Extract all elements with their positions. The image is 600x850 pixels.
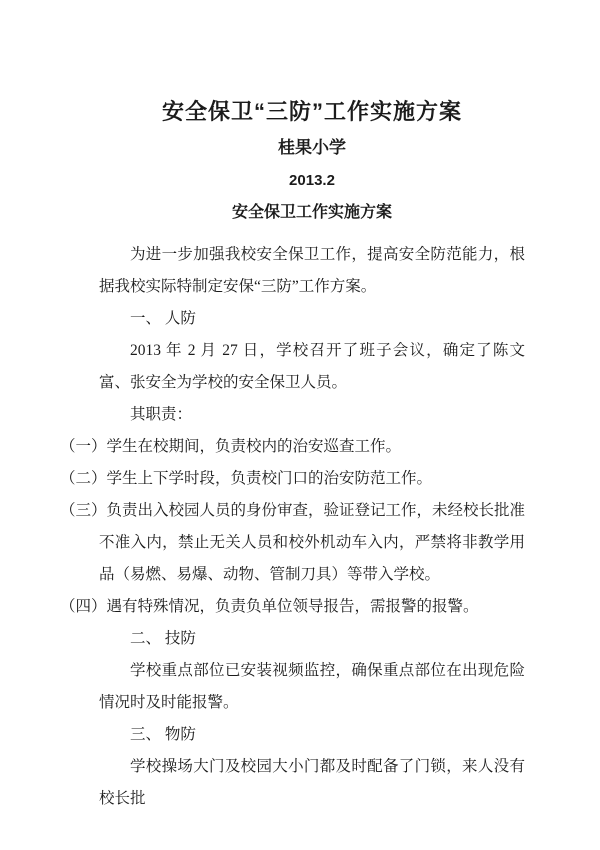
document-date: 2013.2: [99, 172, 525, 190]
section-heading-jifang: 二、 技防: [99, 623, 525, 655]
document-body: 为进一步加强我校安全保卫工作，提高安全防范能力，根据我校实际特制定安保“三防”工…: [99, 239, 525, 815]
intro-paragraph: 为进一步加强我校安全保卫工作，提高安全防范能力，根据我校实际特制定安保“三防”工…: [99, 239, 525, 303]
renfang-paragraph: 2013 年 2 月 27 日，学校召开了班子会议，确定了陈文富、张安全为学校的…: [99, 335, 525, 399]
document-page: 安全保卫“三防”工作实施方案 桂果小学 2013.2 安全保卫工作实施方案 为进…: [0, 0, 600, 850]
wufang-paragraph: 学校操场大门及校园大小门都及时配备了门锁，来人没有校长批: [99, 751, 525, 815]
section-heading-renfang: 一、 人防: [99, 303, 525, 335]
duty-item-1: （一）学生在校期间，负责校内的治安巡查工作。: [99, 431, 525, 463]
duty-item-2: （二）学生上下学时段，负责校门口的治安防范工作。: [99, 463, 525, 495]
section-heading-wufang: 三、 物防: [99, 719, 525, 751]
duties-label: 其职责：: [99, 399, 525, 431]
document-subheading: 安全保卫工作实施方案: [99, 203, 525, 222]
duty-item-4: （四）遇有特殊情况，负责负单位领导报告，需报警的报警。: [99, 591, 525, 623]
jifang-paragraph: 学校重点部位已安装视频监控，确保重点部位在出现危险情况时及时能报警。: [99, 655, 525, 719]
duty-item-3: （三）负责出入校园人员的身份审查，验证登记工作，未经校长批准不准入内，禁止无关人…: [99, 495, 525, 591]
document-title: 安全保卫“三防”工作实施方案: [99, 98, 525, 126]
school-name: 桂果小学: [99, 138, 525, 158]
